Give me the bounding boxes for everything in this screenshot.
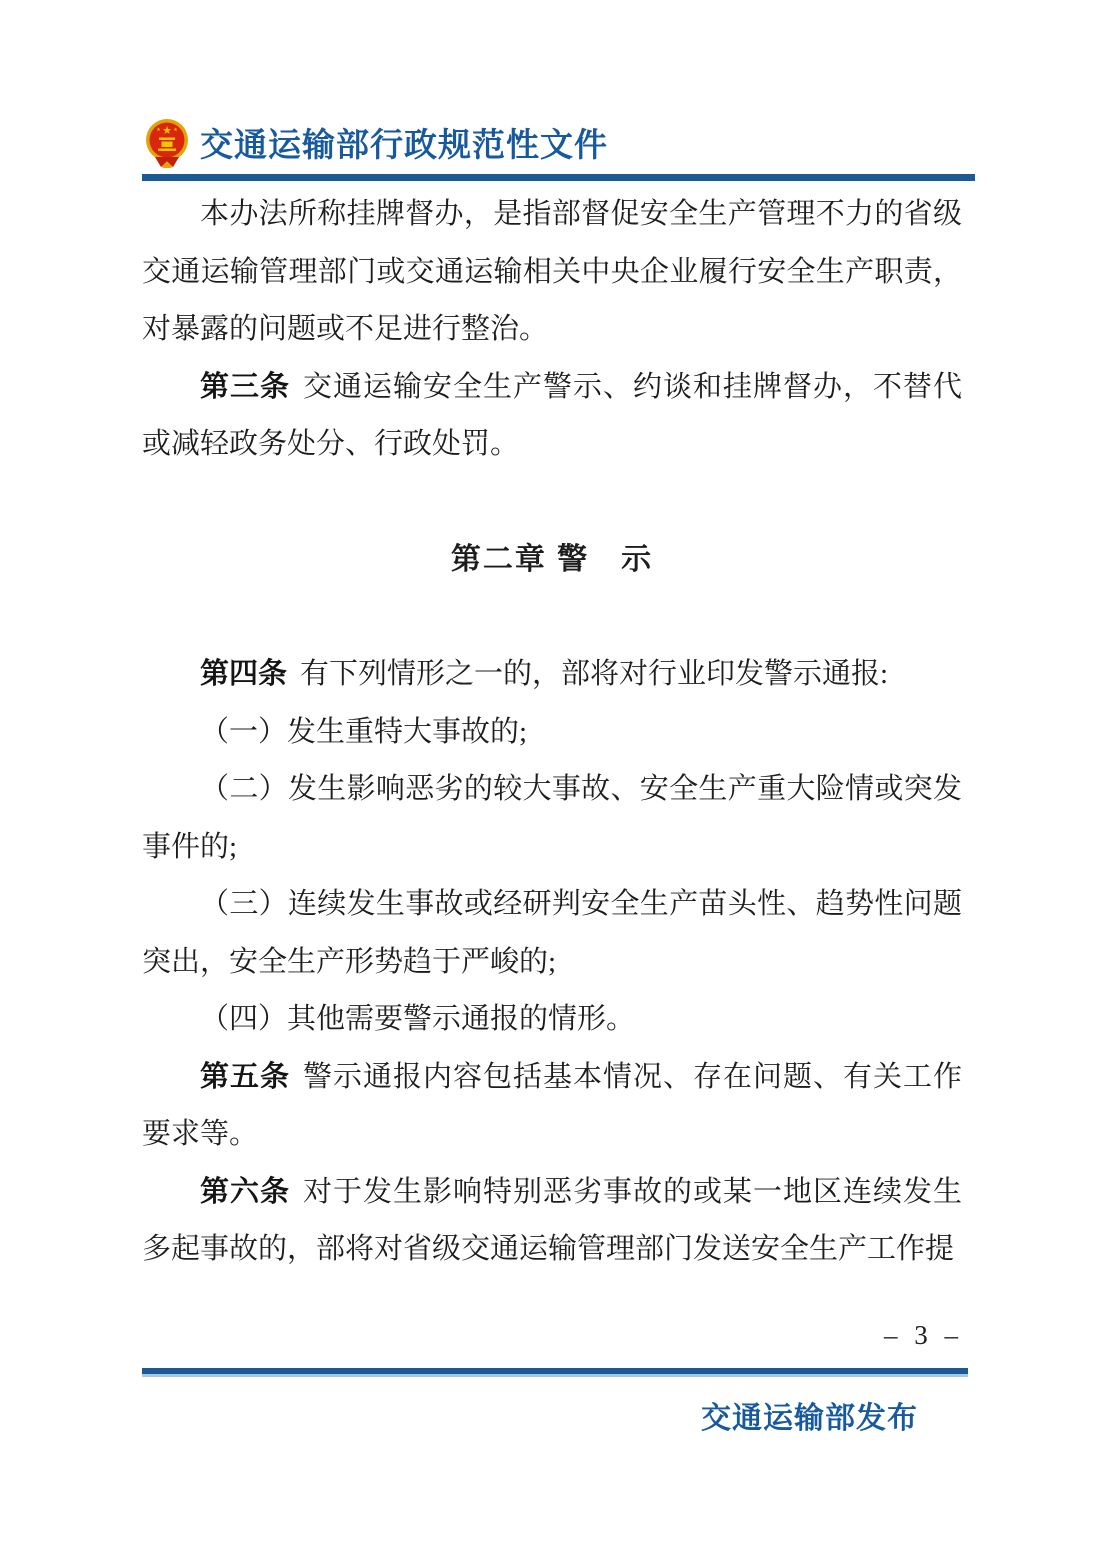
svg-text:★: ★ — [173, 127, 178, 133]
document-page: ★ ★ ★ 交通运输部行政规范性文件 本办法所称挂牌督办，是指部督促安全生产管理… — [0, 0, 1102, 1559]
header-rule — [142, 174, 975, 181]
body-paragraph: 第五条警示通报内容包括基本情况、存在问题、有关工作要求等。 — [142, 1049, 962, 1164]
header-title: 交通运输部行政规范性文件 — [200, 119, 608, 166]
body-paragraph: 第四条有下列情形之一的，部将对行业印发警示通报: — [142, 646, 962, 704]
article-number-label: 第六条 — [200, 1176, 290, 1208]
document-body: 本办法所称挂牌督办，是指部督促安全生产管理不力的省级交通运输管理部门或交通运输相… — [142, 186, 962, 1279]
header: ★ ★ ★ 交通运输部行政规范性文件 — [142, 114, 975, 170]
body-paragraph: （三）连续发生事故或经研判安全生产苗头性、趋势性问题突出，安全生产形势趋于严峻的… — [142, 876, 962, 991]
body-paragraph: 第三条交通运输安全生产警示、约谈和挂牌督办，不替代或减轻政务处分、行政处罚。 — [142, 359, 962, 474]
article-number-label: 第三条 — [200, 371, 290, 403]
body-paragraph: 第六条对于发生影响特别恶劣事故的或某一地区连续发生多起事故的，部将对省级交通运输… — [142, 1164, 962, 1279]
svg-text:★: ★ — [156, 127, 161, 133]
article-number-label: 第四条 — [200, 658, 287, 690]
body-paragraph: 本办法所称挂牌督办，是指部督促安全生产管理不力的省级交通运输管理部门或交通运输相… — [142, 186, 962, 359]
publisher-label: 交通运输部发布 — [701, 1393, 918, 1437]
page-number: – 3 – — [884, 1320, 963, 1351]
body-paragraph: （二）发生影响恶劣的较大事故、安全生产重大险情或突发事件的; — [142, 761, 962, 876]
chapter-heading: 第二章 警 示 — [142, 531, 962, 589]
china-national-emblem-icon: ★ ★ ★ — [142, 116, 192, 168]
svg-text:★: ★ — [162, 124, 172, 137]
article-number-label: 第五条 — [200, 1061, 290, 1093]
body-paragraph: （四）其他需要警示通报的情形。 — [142, 991, 962, 1049]
footer-rule — [142, 1368, 968, 1377]
body-paragraph: （一）发生重特大事故的; — [142, 704, 962, 762]
